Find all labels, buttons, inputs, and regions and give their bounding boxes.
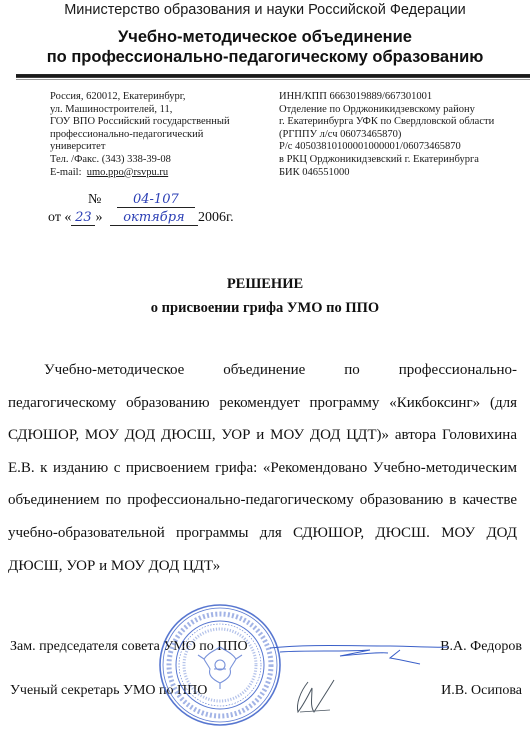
decision-title: РЕШЕНИЕ	[0, 276, 530, 293]
address-line: профессионально-педагогический	[50, 129, 265, 142]
registration-number: № 04-107	[88, 192, 195, 208]
decision-subtitle: о присвоении грифа УМО по ППО	[0, 300, 530, 317]
signature-scribble-icon	[290, 676, 340, 716]
email-link[interactable]: umo.ppo@rsvpu.ru	[87, 167, 168, 178]
address-line: Россия, 620012, Екатеринбург,	[50, 91, 265, 104]
bank-details-block: ИНН/КПП 6663019889/667301001 Отделение п…	[279, 91, 529, 179]
phone-fax-line: Тел. /Факс. (343) 338-39-08	[50, 154, 265, 167]
bank-detail-line: (РГППУ л/сч 06073465870)	[279, 129, 529, 142]
header-divider-thin	[16, 79, 530, 80]
address-line: университет	[50, 141, 265, 154]
organization-title-line-1: Учебно-методическое объединение	[0, 27, 530, 47]
signature-scribble-icon	[270, 640, 450, 666]
organization-title: Учебно-методическое объединение по профе…	[0, 27, 530, 67]
official-stamp-icon	[158, 603, 282, 727]
decision-body: Учебно-методическое объединение по профе…	[8, 354, 517, 582]
date-prefix: от «	[48, 210, 71, 225]
address-line: ГОУ ВПО Российский государственный	[50, 116, 265, 129]
ministry-name: Министерство образования и науки Российс…	[0, 2, 530, 18]
bank-detail-line: Отделение по Орджоникидзевскому району	[279, 104, 529, 117]
header-divider-thick	[16, 74, 530, 78]
registration-date: от «23» октября2006г.	[48, 210, 234, 226]
bank-detail-line: г. Екатеринбурга УФК по Свердловской обл…	[279, 116, 529, 129]
bank-detail-line: ИНН/КПП 6663019889/667301001	[279, 91, 529, 104]
date-day-suffix: »	[95, 210, 102, 225]
date-year: 2006г.	[198, 210, 234, 225]
organization-title-line-2: по профессионально-педагогическому образ…	[0, 47, 530, 67]
handwritten-number: 04-107	[117, 193, 195, 208]
signatory-role: Зам. председателя совета УМО по ППО	[10, 639, 248, 655]
address-block-left: Россия, 620012, Екатеринбург, ул. Машино…	[50, 91, 265, 179]
address-line: ул. Машиностроителей, 11,	[50, 104, 265, 117]
bank-detail-line: Р/с 40503810100001000001/06073465870	[279, 141, 529, 154]
signatory-role: Ученый секретарь УМО по ППО	[10, 683, 207, 699]
bank-detail-line: БИК 046551000	[279, 167, 529, 180]
number-sign: №	[88, 192, 101, 207]
handwritten-day: 23	[71, 211, 95, 226]
email-line: E-mail: umo.ppo@rsvpu.ru	[50, 167, 265, 180]
signatory-name: И.В. Осипова	[441, 683, 522, 699]
signatory-name: В.А. Федоров	[440, 639, 522, 655]
bank-detail-line: в РКЦ Орджоникидзевский г. Екатеринбурга	[279, 154, 529, 167]
handwritten-month: октября	[110, 211, 198, 226]
email-label: E-mail:	[50, 167, 82, 178]
